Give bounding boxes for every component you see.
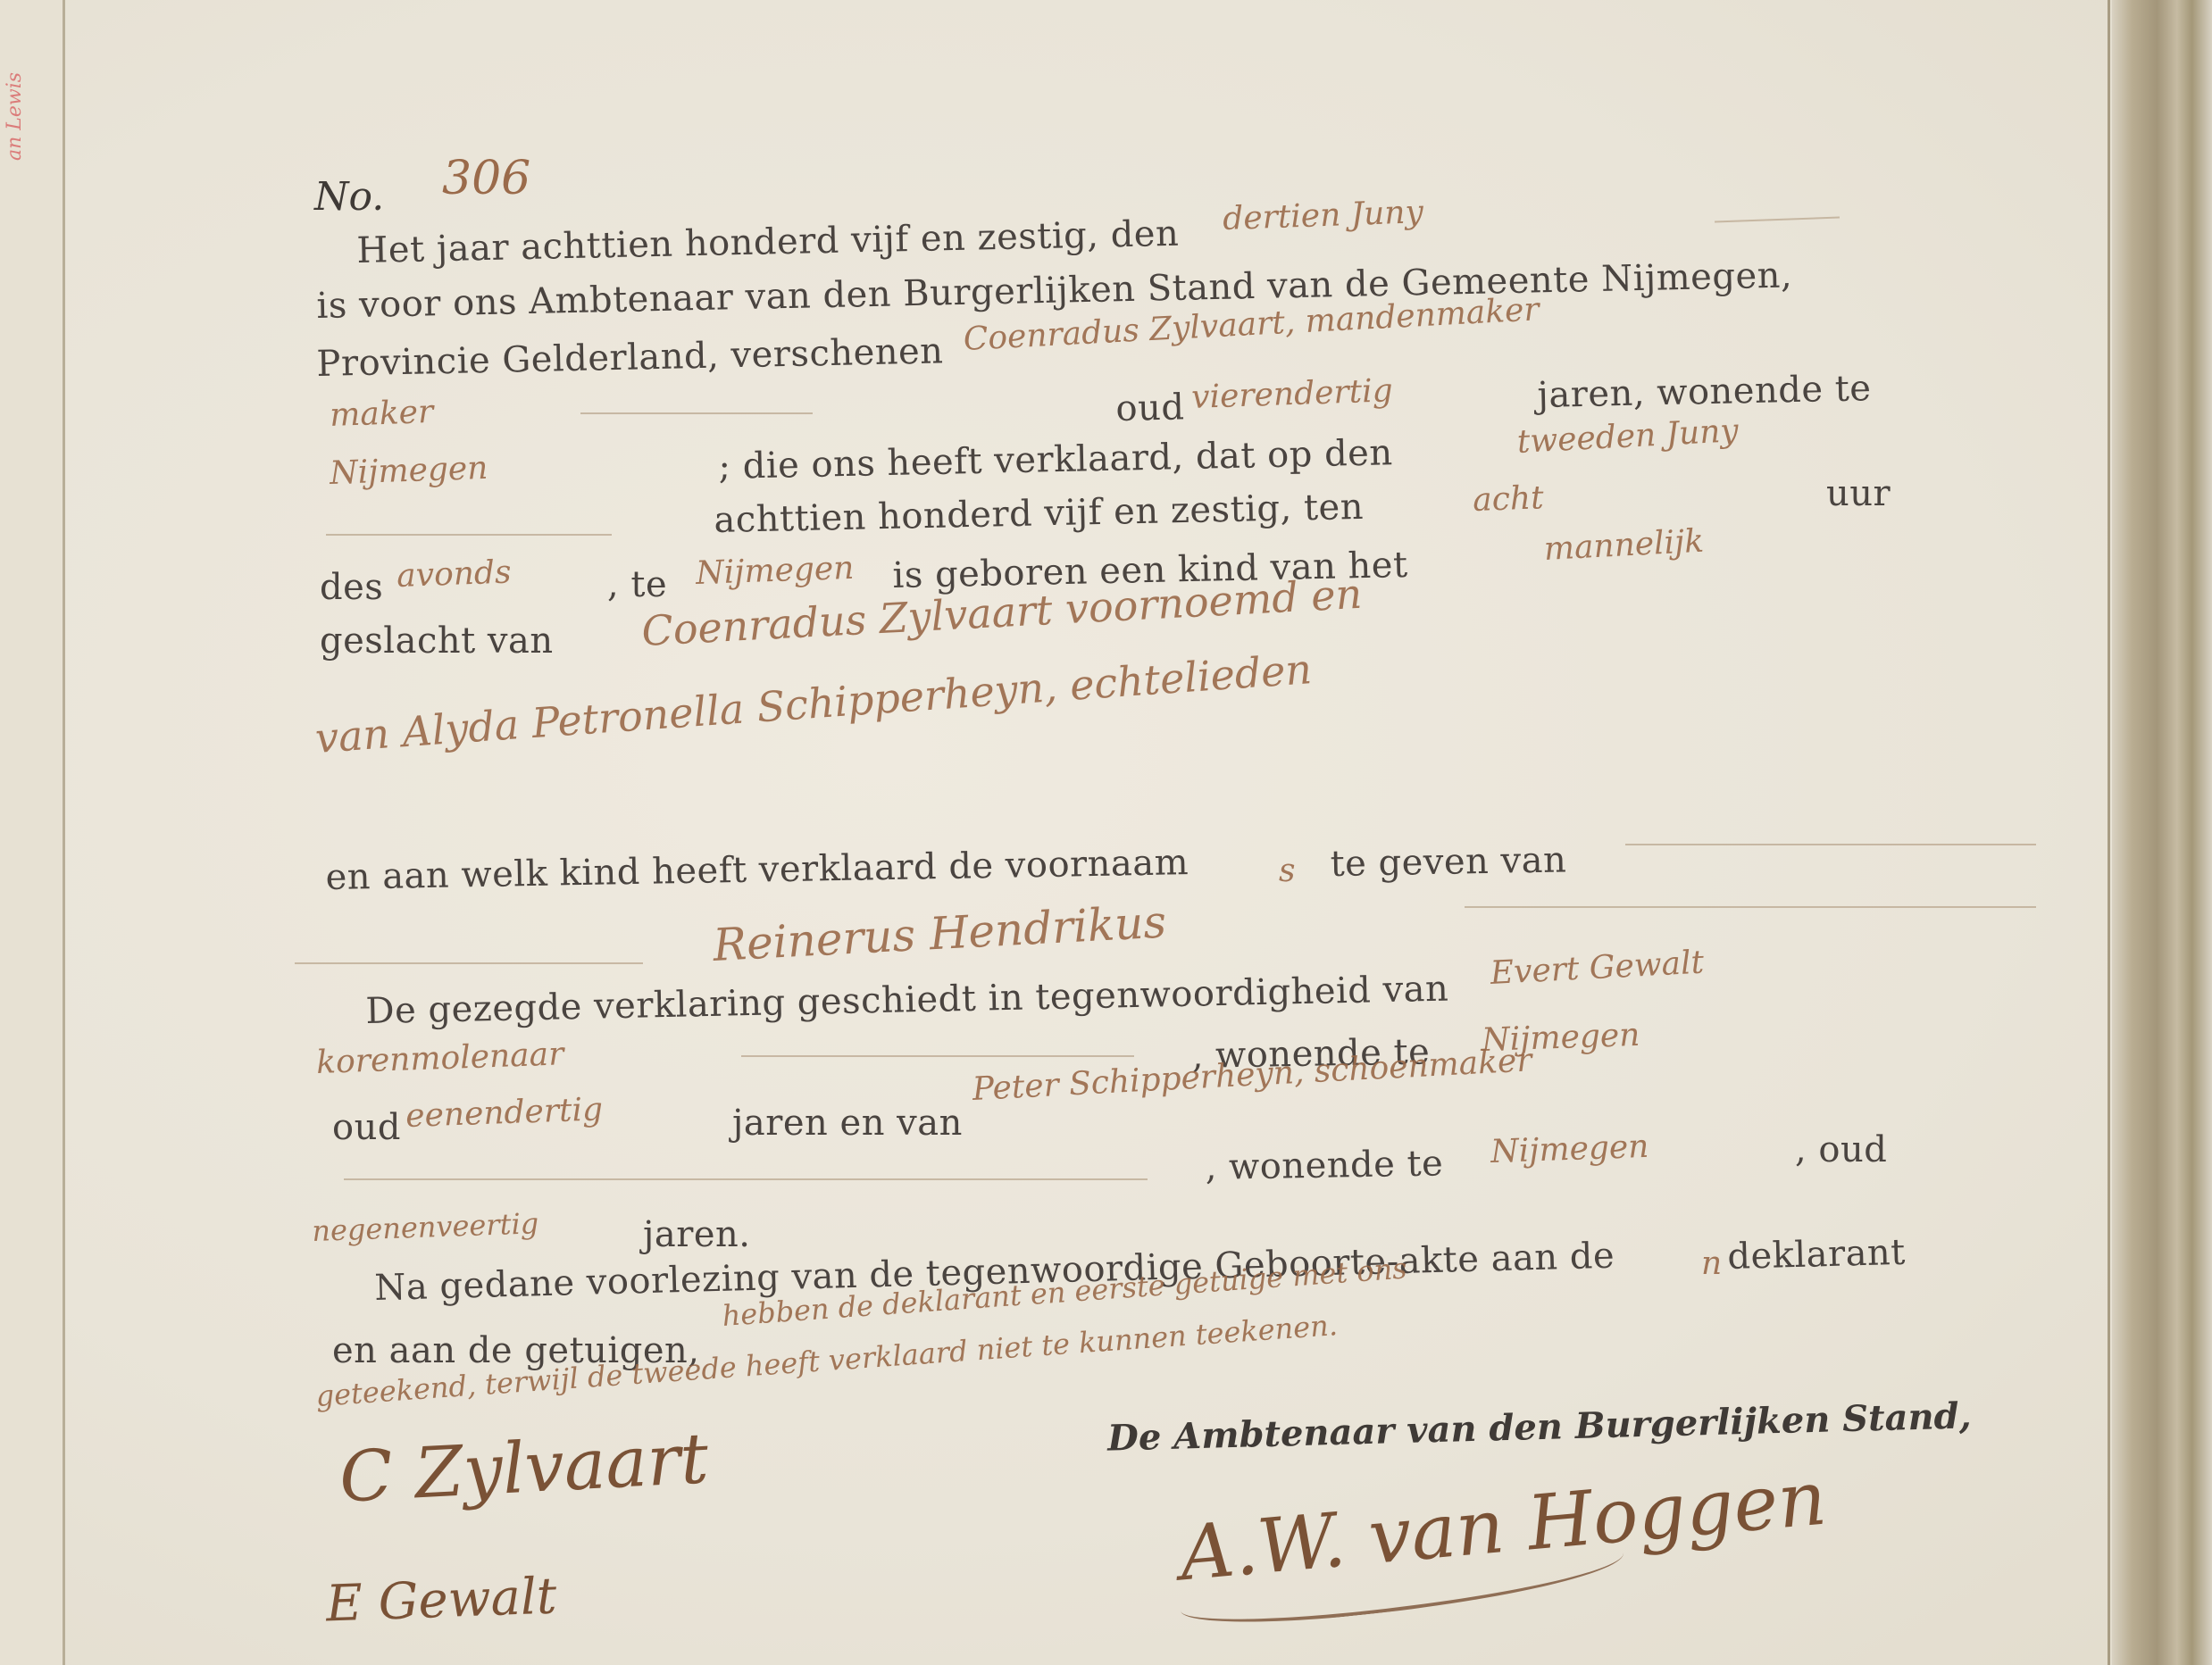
printed-line-3: Provincie Gelderland, verschenen [316,330,944,385]
printed-line-5: ; die ons heeft verklaard, dat op den [718,432,1393,487]
handwritten-birth-date: tweeden Juny [1516,412,1740,461]
handwritten-n: n [1701,1245,1722,1282]
printed-gezegde-verklaring: De gezegde verklaring geschiedt in tegen… [365,969,1449,1032]
fill-line [580,412,813,414]
printed-line-1: Het jaar achttien honderd vijf en zestig… [356,213,1180,271]
handwritten-witness-1-occupation: korenmolenaar [316,1036,564,1081]
certificate-number: 306 [442,152,530,205]
handwritten-age-declarant: vierendertig [1191,372,1394,416]
handwritten-time-of-day: avonds [396,554,513,595]
printed-voornaam: en aan welk kind heeft verklaard de voor… [325,842,1189,898]
fill-line [326,534,612,536]
handwritten-date: dertien Juny [1223,194,1424,237]
handwritten-plural-s: s [1279,853,1295,889]
printed-wonende-te-2: , wonende te [1205,1143,1443,1188]
handwritten-witness-2-residence: Nijmegen [1490,1128,1649,1170]
printed-uur: uur [1826,473,1891,514]
facing-page-edge: an Lewis [0,0,65,1665]
handwritten-child-name: Reinerus Hendrikus [712,895,1167,971]
printed-des: des [320,567,383,608]
printed-oud-2: , oud [1795,1129,1887,1170]
handwritten-witness-2-age: negenenveertig [312,1206,539,1248]
printed-oud: oud [1115,387,1185,429]
official-title: De Ambtenaar van den Burgerlijken Stand, [1107,1394,1972,1459]
printed-deklarant: deklarant [1727,1232,1907,1278]
handwritten-mother: van Alyda Petronella Schipperheyn, echte… [313,645,1313,762]
page-edge-line [2108,0,2110,1665]
fill-line [344,1178,1148,1180]
printed-te: , te [607,564,667,605]
margin-annotation: an Lewis [4,0,30,161]
handwritten-birthplace: Nijmegen [696,550,855,592]
certificate-number-label: No. [314,174,384,220]
signature-declarant: C Zylvaart [338,1419,711,1519]
printed-jaren-wonende: jaren, wonende te [1537,368,1872,416]
handwritten-witness-1: Evert Gewalt [1490,945,1705,992]
register-page: an Lewis No. 306 Het jaar achttien honde… [0,0,2212,1665]
fill-line [1465,906,2036,908]
fill-line [295,962,643,964]
printed-jaren-en-van: jaren en van [732,1103,963,1144]
fill-line [1715,217,1840,223]
printed-line-6: achttien honderd vijf en zestig, ten [714,487,1364,541]
handwritten-witness-1-age: eenendertig [405,1091,604,1135]
handwritten-residence: Nijmegen [330,450,488,492]
signature-witness: E Gewalt [325,1568,557,1634]
printed-geslacht-van: geslacht van [320,620,554,662]
handwritten-hour: acht [1473,479,1545,519]
fill-line [741,1055,1134,1057]
book-binding-edge [2112,0,2212,1665]
printed-jaren-end: jaren. [643,1214,751,1255]
handwritten-occupation-cont: maker [330,394,434,434]
fill-line [1625,844,2036,845]
printed-oud: oud [332,1107,401,1148]
printed-te-geven-van: te geven van [1330,839,1566,885]
handwritten-sex: mannelijk [1543,523,1705,568]
